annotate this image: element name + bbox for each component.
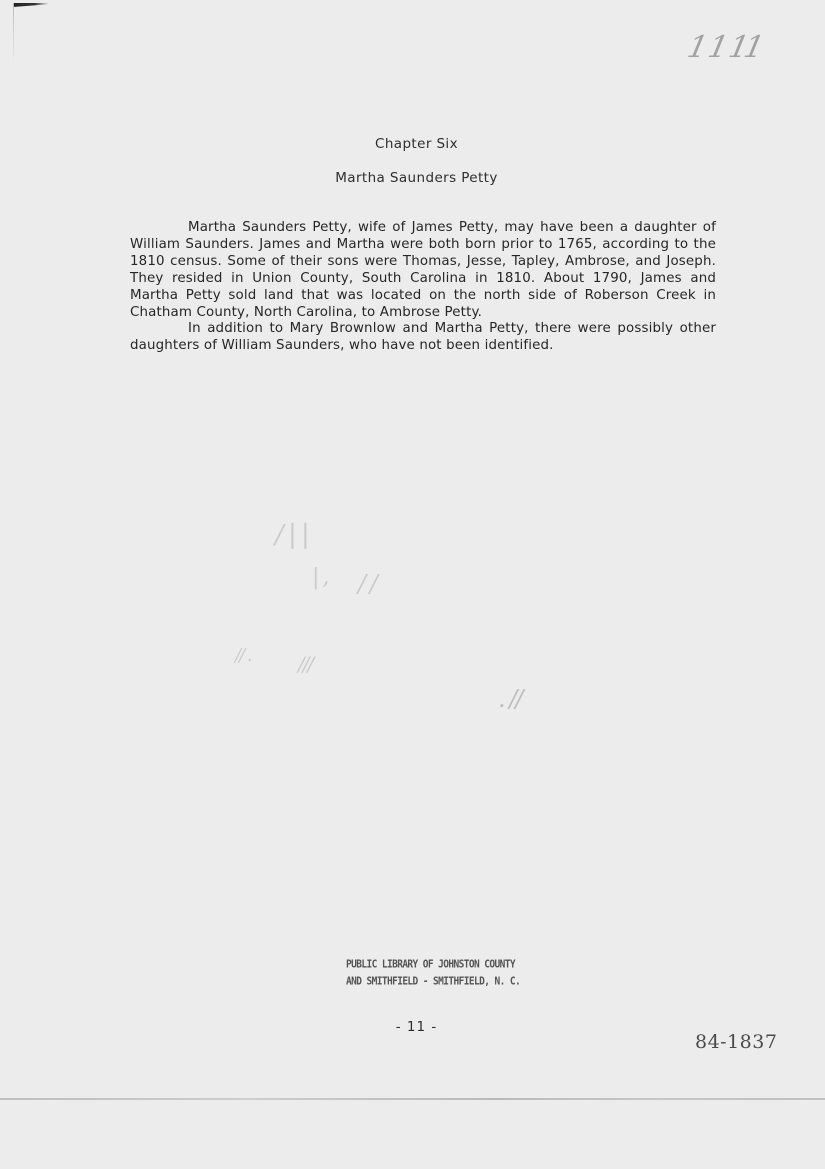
stamp-line: PUBLIC LIBRARY OF JOHNSTON COUNTY xyxy=(346,956,516,973)
bleed-through-smudge: / / xyxy=(358,570,376,598)
scan-bottom-edge xyxy=(0,1098,825,1100)
accession-number: 84-1837 xyxy=(695,1031,777,1053)
body-text: Martha Saunders Petty, wife of James Pet… xyxy=(130,220,716,355)
chapter-title: Martha Saunders Petty xyxy=(0,170,825,186)
paragraph: In addition to Mary Brownlow and Martha … xyxy=(130,321,716,355)
bleed-through-smudge: / | | xyxy=(275,520,308,550)
chapter-heading: Chapter Six xyxy=(0,136,825,152)
scan-left-edge xyxy=(13,3,14,63)
scan-corner-mark xyxy=(13,3,49,7)
library-stamp: PUBLIC LIBRARY OF JOHNSTON COUNTY AND SM… xyxy=(346,956,516,991)
stamp-line: AND SMITHFIELD - SMITHFIELD, N. C. xyxy=(346,973,516,990)
paragraph: Martha Saunders Petty, wife of James Pet… xyxy=(130,220,716,321)
bleed-through-smudge: . // xyxy=(498,685,521,713)
bleed-through-smudge: | , xyxy=(312,565,327,590)
bleed-through-smudge: // . xyxy=(235,645,251,666)
bleed-through-smudge: /// xyxy=(298,652,312,676)
handwritten-mark: 1 1 11 xyxy=(684,30,763,65)
scanned-page: 1 1 11 Chapter Six Martha Saunders Petty… xyxy=(0,0,825,1169)
